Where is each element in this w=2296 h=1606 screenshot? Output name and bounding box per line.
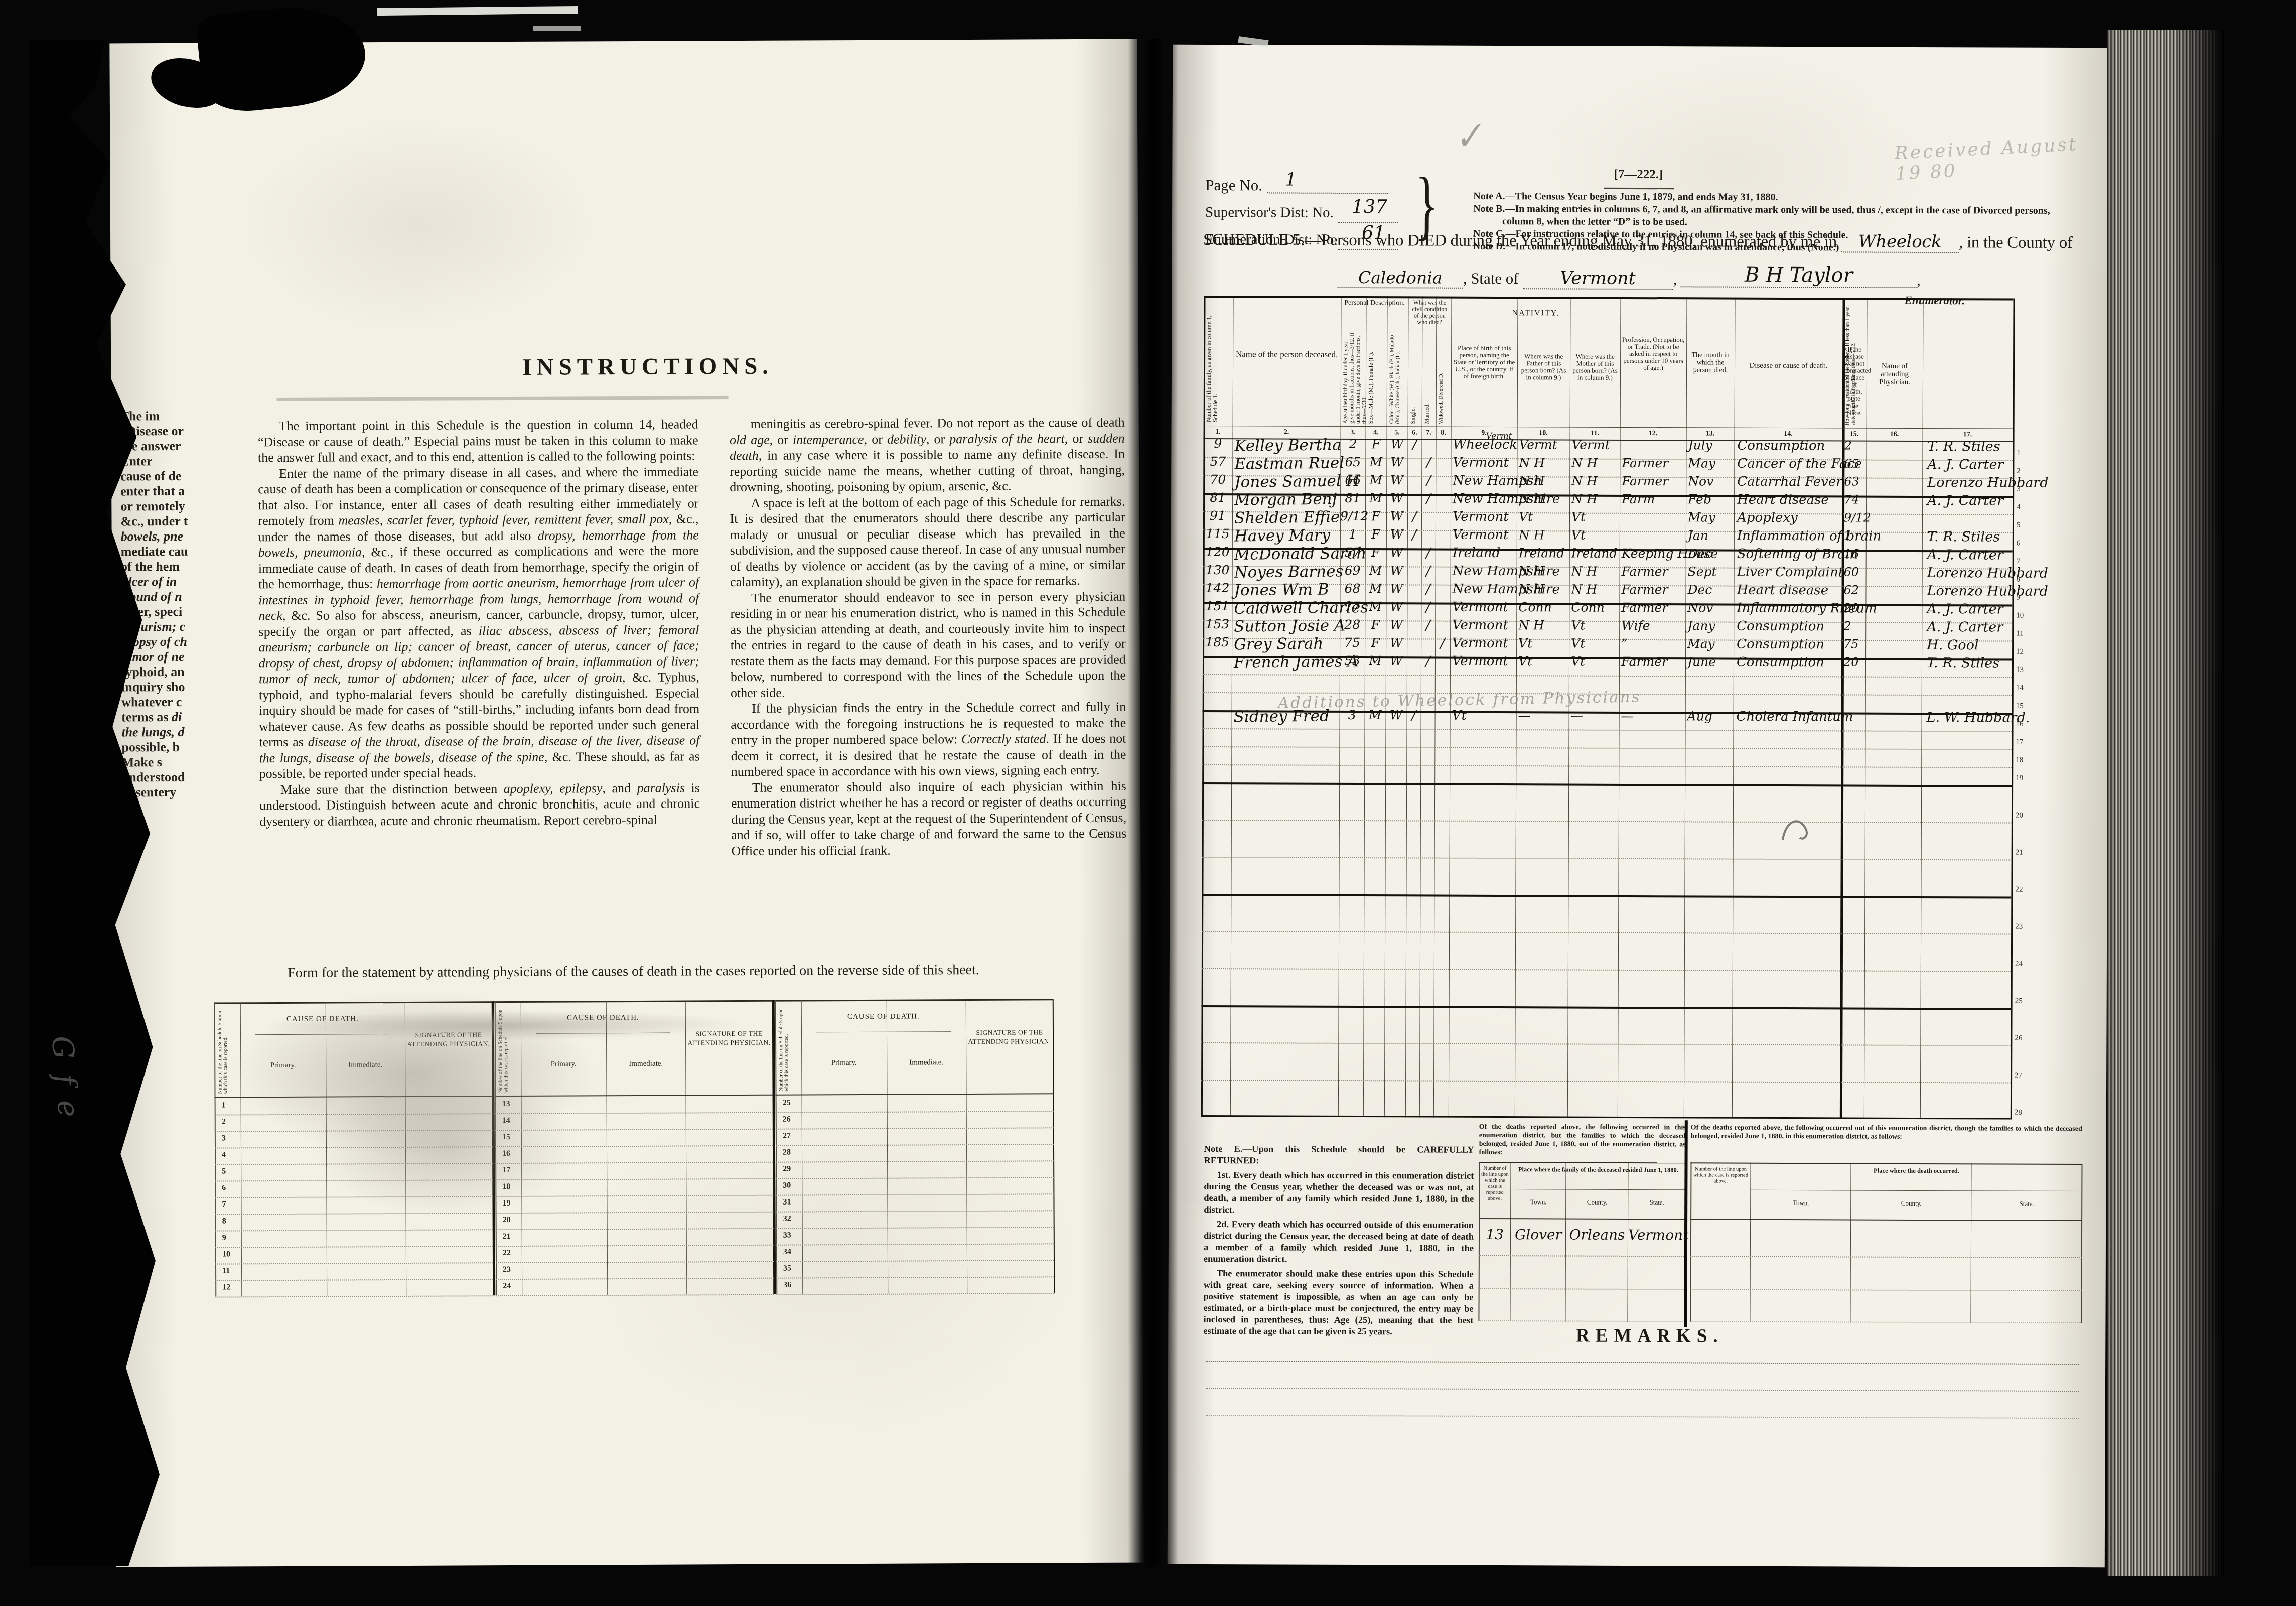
fragment-line: enter that a: [120, 483, 226, 499]
schedule-line-number: 17: [2016, 738, 2039, 747]
cell-mother-birthplace: —: [1571, 709, 1584, 723]
form-line-number: 12: [222, 1283, 230, 1292]
cell-mother-birthplace: Vt: [1571, 528, 1586, 543]
instructions-heading: INSTRUCTIONS.: [422, 352, 874, 381]
cell-month-died: Jany: [1687, 618, 1715, 633]
instructions-column-1: The important point in this Schedule is …: [258, 416, 700, 829]
schedule-line-number: 11: [2016, 630, 2039, 638]
schedule-row: [1202, 820, 2012, 861]
cell-father-birthplace: N H: [1518, 618, 1544, 632]
fragment-line: of the hem: [121, 559, 226, 574]
cell-mother-birthplace: Vermt: [1571, 438, 1610, 452]
cell-birthplace: Vermont: [1453, 455, 1509, 470]
cell-mother-birthplace: Conn: [1571, 600, 1604, 615]
footer-dotted-row: [1479, 1288, 1685, 1290]
footer-head-rule: [1479, 1218, 1685, 1220]
schedule-row: [1202, 931, 2011, 972]
cell-father-birthplace: Conn: [1518, 600, 1551, 614]
fragment-line: &c., under t: [120, 513, 226, 529]
footer-sub-rule: [1511, 1189, 1685, 1190]
cell-years-resident: 20: [1843, 655, 1859, 669]
footer-entry-num: 13: [1479, 1226, 1511, 1243]
schedule-col-number: 12.: [1622, 430, 1685, 440]
cell-disease: Catarrhal Fever: [1737, 474, 1842, 490]
form-row: 31: [776, 1193, 1054, 1212]
schedule-header-c13: The month in which the person died.: [1688, 351, 1734, 426]
cell-month-died: Sept: [1688, 564, 1717, 579]
form-immediate-header: Immediate.: [887, 1058, 966, 1067]
cell-father-birthplace: N H: [1519, 473, 1545, 488]
form-line-number: 26: [783, 1115, 791, 1124]
cell-sex: M: [1365, 599, 1386, 614]
cell-physician: A. J. Carter: [1927, 547, 2003, 563]
cell-mother-birthplace: N H: [1571, 492, 1598, 506]
fragment-line: cause of de: [120, 468, 226, 484]
cell-age: 2: [1340, 437, 1365, 451]
footer-vline: [2081, 1164, 2082, 1323]
fragment-line: possible, b: [121, 739, 227, 755]
schedule-5-table: Number of the family, as given in column…: [1201, 296, 2057, 1122]
footer-entry-county: Orleans: [1566, 1226, 1628, 1243]
form-line-number: 36: [783, 1281, 791, 1290]
cell-father-birthplace: Vt: [1518, 636, 1532, 650]
fragment-line: typhoid, an: [121, 664, 227, 680]
form-number: [7—222.]: [1614, 168, 1663, 182]
schedule-line-number: 20: [2016, 812, 2039, 820]
schedule-line-number: 18: [2016, 756, 2039, 765]
form-line-number: 28: [783, 1148, 791, 1157]
cell-mother-birthplace: N H: [1571, 456, 1598, 470]
cell-civil-mark: /: [1421, 563, 1436, 579]
cell-disease: Softening of Brain: [1737, 547, 1858, 562]
cell-disease: Consumption: [1737, 655, 1824, 671]
form-row: 10: [215, 1246, 493, 1264]
footer-place-header: Place where the family of the deceased r…: [1511, 1166, 1685, 1174]
cell-mother-birthplace: N H: [1571, 474, 1598, 488]
cell-disease: Consumption: [1737, 637, 1824, 652]
cell-civil-mark: /: [1435, 636, 1450, 651]
fragment-line: dysentery: [122, 784, 227, 800]
cell-birthplace-note: Vermt: [1486, 431, 1512, 441]
cell-father-birthplace: N H: [1519, 564, 1545, 578]
schedule-header-c3: Age at last birthday. If under 1 year, g…: [1343, 331, 1364, 424]
page-no-blank: [1267, 192, 1388, 194]
form-row: 22: [496, 1245, 774, 1263]
form-line-number: 32: [783, 1215, 791, 1224]
cell-month-died: July: [1688, 438, 1712, 452]
footer-dotted-row: [1478, 1320, 1685, 1322]
form-row: 32: [776, 1210, 1054, 1229]
cell-name: Jones Wm B: [1234, 581, 1329, 600]
instructions-paragraph: A space is left at the bottom of each pa…: [730, 493, 1125, 590]
schedule-row: [1202, 782, 2012, 824]
left-page-instructions: The im“Disease orthe answerEntercause of…: [109, 39, 1143, 1567]
form-primary-header: Primary.: [801, 1059, 887, 1068]
cell-years-resident: 2: [1843, 619, 1851, 633]
form-cause-header: CAUSE OF DEATH.: [801, 1012, 966, 1021]
title-town-value: Wheelock: [1841, 231, 1959, 253]
pencil-check-mark: ✓: [1450, 113, 1486, 159]
cell-name: Sutton Josie A: [1234, 616, 1345, 635]
cell-disease: Cholera Infantum: [1737, 709, 1853, 725]
schedule-line-number: 5: [2017, 521, 2040, 530]
schedule-group-nativity: NATIVITY.: [1453, 309, 1619, 326]
cell-age: 28: [1340, 617, 1365, 632]
heading-rule-smudge: [276, 396, 728, 401]
form-row: 26: [776, 1111, 1054, 1129]
cell-month-died: Dec: [1687, 582, 1712, 597]
footer-caption: Of the deaths reported above, the follow…: [1479, 1123, 1686, 1157]
remarks-line: [1206, 1388, 2079, 1392]
schedule-line-number: 6: [2017, 540, 2040, 548]
cell-age: 81: [1340, 491, 1365, 505]
cell-mother-birthplace: Vt: [1571, 618, 1585, 633]
cell-physician: A. J. Carter: [1927, 601, 2003, 617]
schedule-line-number: 2: [2017, 467, 2040, 476]
schedule-line-number: 9: [2016, 594, 2039, 602]
form-row: 21: [496, 1228, 774, 1247]
cell-occupation: Farmer: [1622, 564, 1668, 579]
physician-form-group: Number of the line on Schedule 5 upon wh…: [775, 999, 1055, 1294]
fragment-line: terms as di: [121, 709, 227, 725]
cell-occupation: Farm: [1622, 492, 1655, 506]
cell-family-number: 57: [1204, 454, 1231, 469]
fragment-line: Make s: [122, 754, 227, 770]
form-line-number: 31: [783, 1198, 791, 1207]
cell-color: W: [1386, 635, 1407, 650]
cell-month-died: May: [1688, 456, 1715, 470]
form-line-number: 23: [503, 1265, 511, 1274]
schedule-line-number: 23: [2015, 923, 2038, 931]
form-immediate-header: Immediate.: [606, 1059, 685, 1068]
form-line-number: 9: [222, 1233, 226, 1242]
cell-name: Eastman Ruel: [1234, 454, 1344, 473]
instructions-paragraph: The enumerator should endeavor to see in…: [730, 588, 1126, 701]
schedule-header-c17: Name of attending Physician.: [1868, 362, 1921, 388]
cell-family-number: 9: [1204, 436, 1231, 451]
cell-name: Shelden Effie: [1234, 508, 1340, 527]
cell-sex: F: [1365, 509, 1386, 523]
note-line: Note B.—In making entries in columns 6, …: [1473, 203, 2075, 230]
footer-num-header: Number of the line upon which the case i…: [1481, 1166, 1509, 1202]
cell-disease: Apoplexy: [1737, 510, 1798, 525]
schedule-group-civil: What was the civil condition of the pers…: [1409, 299, 1450, 360]
cell-sex: F: [1365, 527, 1386, 542]
cell-years-resident: 20: [1843, 601, 1859, 615]
cell-family-number: 151: [1204, 599, 1231, 613]
ink-smudge: [315, 1075, 576, 1217]
cell-age: 77: [1340, 599, 1365, 614]
footer-col-header: State.: [1971, 1199, 2082, 1208]
cell-family-number: 130: [1204, 563, 1231, 577]
schedule-line-number: 7: [2017, 558, 2040, 566]
fragment-line: wound of n: [121, 589, 226, 604]
form-signature-header: SIGNATURE OF THE ATTENDING PHYSICIAN.: [968, 1028, 1051, 1046]
cell-color: W: [1386, 491, 1407, 505]
cell-color: W: [1386, 437, 1407, 451]
fragment-line: the answer: [120, 438, 226, 454]
cell-month-died: Nov: [1688, 474, 1713, 488]
footer-col-header: County.: [1566, 1198, 1628, 1206]
footer-col-header: County.: [1851, 1199, 1971, 1208]
cell-occupation: ”: [1621, 636, 1628, 651]
cell-years-resident: 62: [1843, 583, 1859, 597]
footer-head-rule: [1690, 1219, 2082, 1221]
form-row: 35: [776, 1260, 1054, 1278]
schedule-col-number: 16.: [1868, 431, 1921, 441]
cell-years-resident: 75: [1843, 637, 1859, 651]
pencil-flourish: [1780, 814, 1815, 844]
instructions-column-2: meningitis as cerebro-spinal fever. Do n…: [730, 415, 1127, 859]
cell-civil-mark: /: [1421, 455, 1436, 470]
cell-sex: F: [1365, 635, 1386, 650]
page-no-label: Page No.: [1205, 176, 1262, 194]
cell-color: W: [1386, 617, 1407, 632]
cell-mother-birthplace: N H: [1571, 564, 1598, 579]
schedule-header-c1: Number of the family, as given in column…: [1206, 301, 1231, 422]
cell-sex: M: [1365, 491, 1386, 505]
form-line-number: 3: [222, 1134, 226, 1143]
schedule-row: [1202, 968, 2011, 1010]
footer-dotted-row: [1690, 1289, 2082, 1291]
footer-col-header: Town.: [1751, 1199, 1851, 1208]
cell-family-number: 120: [1204, 545, 1231, 559]
cell-month-died: May: [1688, 510, 1715, 524]
cell-civil-mark: /: [1407, 708, 1421, 723]
cell-disease: Consumption: [1737, 619, 1824, 634]
cell-age: 1: [1340, 527, 1365, 542]
cell-father-birthplace: Vt: [1519, 509, 1533, 524]
form-line-number: 25: [783, 1099, 791, 1108]
form-num-header: Number of the line on Schedule 5 upon wh…: [778, 1004, 801, 1091]
film-scratch: [377, 6, 578, 16]
cell-disease: Cancer of the Face: [1737, 456, 1862, 472]
form-line-number: 30: [783, 1181, 791, 1190]
form-row: 19: [495, 1195, 773, 1214]
cell-month-died: June: [1687, 654, 1716, 669]
schedule-line-number: 15: [2016, 702, 2039, 711]
form-row: 34: [776, 1243, 1054, 1262]
schedule-title: SCHEDULE 5.—Persons who DIED during the …: [1203, 229, 2073, 253]
fragment-line: mediate cau: [121, 544, 226, 559]
fragment-line: tumor of ne: [121, 649, 227, 664]
footer-dotted-row: [1690, 1321, 2081, 1323]
footer-col-header: State.: [1628, 1198, 1685, 1207]
cell-years-resident: 63: [1844, 474, 1859, 488]
cell-month-died: Aug: [1687, 709, 1712, 723]
cell-civil-mark: /: [1421, 599, 1435, 615]
form-line-number: 24: [503, 1282, 511, 1291]
schedule-line-number: 19: [2016, 774, 2039, 783]
remarks-line: [1206, 1361, 2079, 1365]
cell-age: 68: [1340, 581, 1365, 596]
form-number-rule: [1604, 188, 1674, 189]
cell-color: W: [1386, 473, 1407, 487]
footer-grid: Number of the line upon which the case i…: [1690, 1162, 2082, 1323]
footer-divider: [1684, 1120, 1687, 1327]
cell-age: 53: [1340, 653, 1365, 668]
form-cause-rule: [816, 1031, 951, 1032]
cell-age: 66: [1340, 473, 1365, 487]
form-line-number: 21: [503, 1232, 511, 1241]
cell-color: W: [1386, 599, 1407, 614]
received-stamp: Received August 19 80: [1894, 132, 2110, 184]
cell-physician: A. J. Carter: [1927, 457, 2003, 473]
footer-dotted-row: [1690, 1256, 2082, 1258]
footer-vline: [1850, 1163, 1851, 1322]
cell-sex: M: [1365, 653, 1386, 668]
cell-occupation: Farmer: [1622, 456, 1668, 470]
form-row: 30: [776, 1177, 1054, 1195]
form-row: 29: [776, 1160, 1054, 1179]
title-comma2: ,: [1917, 271, 1921, 289]
schedule-col-number: 7.: [1423, 429, 1434, 439]
fragment-line: bowels, pne: [121, 528, 226, 544]
book-gutter-shadow: [1128, 39, 1178, 1567]
instructions-paragraph: The important point in this Schedule is …: [258, 416, 698, 465]
title-state-label: , State of: [1463, 270, 1519, 287]
cell-color: W: [1386, 509, 1407, 523]
cell-years-resident: 16: [1844, 547, 1859, 561]
note-e-block: Note E.—Upon this Schedule should be CAR…: [1203, 1144, 1474, 1342]
form-line-number: 1: [222, 1101, 226, 1110]
schedule-title-text: SCHEDULE 5.—Persons who DIED during the …: [1203, 231, 1837, 251]
form-line-number: 7: [222, 1200, 226, 1209]
schedule-header-c11: Where was the Mother of this person born…: [1571, 353, 1619, 426]
cell-birthplace: Vermont: [1452, 654, 1508, 669]
cell-sex: F: [1365, 437, 1386, 451]
form-line-number: 8: [222, 1217, 226, 1226]
footer-entry-town: Glover: [1511, 1226, 1566, 1243]
schedule-group-personal: Personal Description.: [1342, 299, 1406, 328]
instructions-paragraph: Make sure that the distinction between a…: [259, 780, 700, 829]
cell-disease: Heart disease: [1737, 492, 1829, 508]
footer-grid: Number of the line upon which the case i…: [1478, 1162, 1685, 1322]
cell-years-resident: 60: [1844, 565, 1859, 579]
cell-sex: M: [1365, 455, 1386, 469]
footer-vline: [1750, 1163, 1751, 1322]
cell-father-birthplace: Vt: [1518, 654, 1532, 668]
footer-sub-rule: [1751, 1190, 2082, 1191]
instructions-paragraph: Enter the name of the primary disease in…: [258, 464, 700, 782]
cell-physician: L. W. Hubbard.: [1927, 710, 2030, 726]
cell-physician: T. R. Stiles: [1927, 439, 2000, 455]
form-line-number: 10: [222, 1250, 230, 1259]
schedule-header-c14: Disease or cause of death.: [1736, 362, 1841, 388]
cell-month-died: Feb: [1688, 492, 1711, 506]
schedule-line-number: 26: [2015, 1034, 2038, 1043]
form-line-number: 6: [222, 1183, 226, 1192]
form-row: 28: [776, 1144, 1054, 1162]
schedule-header-c4: Sex—Male (M.), Female (F.).: [1368, 331, 1385, 424]
schedule-row: [1201, 1005, 2011, 1046]
cell-age: 75: [1340, 635, 1365, 650]
cell-mother-birthplace: Vt: [1571, 654, 1585, 669]
schedule-header-c6: Single.: [1410, 362, 1420, 424]
instructions-paragraph: The enumerator should also inquire of ea…: [731, 778, 1127, 859]
footer-vline: [1690, 1162, 1691, 1322]
cell-occupation: Farmer: [1621, 582, 1668, 597]
schedule-header-c5: Color—White (W.), Black (B.), Mulatto (M…: [1389, 331, 1406, 424]
right-page-schedule: Page No. 1 Supervisor's Dist: No. 137 En…: [1168, 45, 2110, 1568]
instructions-paragraph: meningitis as cerebro-spinal fever. Do n…: [730, 415, 1125, 495]
cell-father-birthplace: N H: [1518, 582, 1544, 596]
cell-birthplace: Ireland: [1453, 546, 1500, 561]
cell-civil-mark: /: [1421, 491, 1436, 506]
fragment-line: understood: [122, 769, 227, 785]
schedule-line-number: 14: [2016, 684, 2039, 693]
cell-years-resident: 65: [1844, 456, 1859, 470]
cell-month-died: Nov: [1687, 600, 1713, 615]
cell-civil-mark: /: [1421, 581, 1435, 597]
supervisor-dist-label: Supervisor's Dist: No.: [1205, 204, 1334, 221]
cell-mother-birthplace: N H: [1571, 582, 1597, 597]
schedule-title-line2: Caledonia, State of Vermont, B H Taylor,: [1338, 265, 1921, 291]
footer-top-rule: [1479, 1162, 1686, 1163]
cell-occupation: —: [1621, 709, 1634, 723]
physician-form-title: Form for the statement by attending phys…: [204, 962, 1063, 981]
footer-death-place-table: Of the deaths reported above, the follow…: [1690, 1123, 2082, 1325]
cell-father-birthplace: Ireland: [1519, 546, 1565, 560]
cell-physician: A. J. Carter: [1927, 619, 2003, 635]
schedule-line-number: 8: [2017, 576, 2040, 584]
cell-civil-mark: /: [1421, 653, 1435, 669]
page-no-value: 1: [1285, 170, 1297, 190]
cell-birthplace: Vermont: [1453, 509, 1509, 524]
cell-age: 69: [1340, 563, 1365, 578]
schedule-row: [1201, 1042, 2011, 1084]
form-line-number: 2: [222, 1117, 226, 1126]
cell-family-number: 115: [1204, 526, 1231, 541]
enumerator-signature: B H Taylor: [1681, 263, 1917, 288]
cell-civil-mark: /: [1407, 437, 1421, 452]
fragment-line: inquiry sho: [121, 679, 227, 695]
cell-father-birthplace: —: [1518, 708, 1531, 723]
schedule-line-number: 12: [2016, 648, 2039, 656]
cell-civil-mark: /: [1421, 545, 1436, 561]
schedule-line-number: 13: [2016, 666, 2039, 675]
book-fore-edge: [2107, 30, 2224, 1576]
schedule-line-number: 16: [2016, 720, 2039, 729]
form-row: 23: [496, 1261, 774, 1280]
fragment-line: Enter: [120, 453, 226, 469]
footer-place-header: Place where the death occurred.: [1751, 1167, 2082, 1175]
cell-physician: A. J. Carter: [1927, 493, 2003, 509]
cell-family-number: 81: [1204, 490, 1231, 505]
ink-smudge: [264, 1009, 741, 1041]
cell-civil-mark: /: [1421, 617, 1435, 633]
form-line-number: 4: [222, 1150, 226, 1159]
schedule-line-number: 25: [2015, 997, 2038, 1006]
cell-color: W: [1386, 545, 1407, 560]
schedule-header-c7: Married.: [1424, 363, 1434, 424]
film-scratch: [533, 26, 581, 31]
note-e-paragraph: The enumerator should make these entries…: [1203, 1268, 1473, 1339]
schedule-header-c9: Place of birth of this person, naming th…: [1453, 345, 1516, 425]
schedule-line-number: 4: [2017, 503, 2040, 512]
form-line-number: 20: [503, 1216, 511, 1225]
fragment-line: whatever c: [121, 694, 227, 710]
footer-residence-table: Of the deaths reported above, the follow…: [1478, 1123, 1685, 1324]
cell-family-number: 153: [1204, 617, 1231, 631]
cell-occupation: Farmer: [1621, 654, 1668, 669]
schedule-line-number: 10: [2016, 612, 2039, 620]
cell-disease: Heart disease: [1737, 583, 1828, 598]
footer-caption: Of the deaths reported above, the follow…: [1691, 1123, 2082, 1142]
cell-age: 9/12: [1340, 509, 1365, 523]
cell-color: W: [1386, 563, 1407, 578]
schedule-top-border: [1204, 296, 2014, 301]
